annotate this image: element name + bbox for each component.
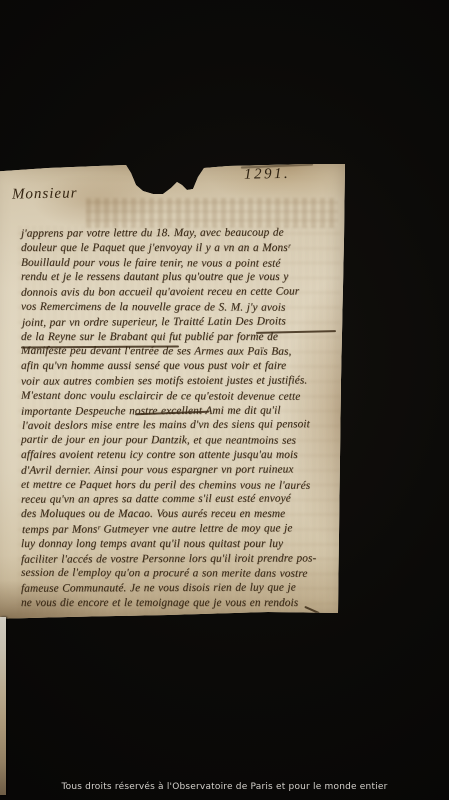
manuscript-line: donnois avis du bon accueil qu'avoient r… — [21, 284, 343, 300]
manuscript-line: vos Remercimens de la nouvelle grace de … — [21, 300, 343, 316]
manuscript-line: partir de jour en jour pour Dantzik, et … — [21, 433, 343, 449]
manuscript-line: affaires avoient retenu icy contre son a… — [21, 448, 343, 463]
manuscript-line: receu qu'vn an apres sa datte comme s'il… — [21, 492, 343, 508]
manuscript-line: douleur que le Paquet que j'envoyay il y… — [21, 241, 343, 256]
manuscript-line: des Moluques ou de Macao. Vous aurés rec… — [21, 507, 343, 522]
manuscript-line: fameuse Communauté. Je ne vous disois ri… — [21, 580, 343, 596]
ink-showthrough-smudge — [86, 198, 338, 228]
manuscript-line: l'avoit deslors mise entre les mains d'v… — [22, 417, 344, 434]
manuscript-line: d'Avril dernier. Ainsi pour vous espargn… — [21, 462, 343, 478]
manuscript-line: M'estant donc voulu esclaircir de ce qu'… — [21, 389, 343, 405]
scanned-letter-view: 1291. Monsieur j'apprens par votre lettr… — [0, 0, 449, 800]
manuscript-line: voir aux autres combien ses motifs estoi… — [21, 373, 343, 389]
manuscript-body: j'apprens par votre lettre du 18. May, a… — [21, 226, 343, 611]
manuscript-line: afin qu'vn homme aussi sensé que vous pu… — [21, 359, 343, 374]
manuscript-line: joint, par vn ordre superieur, le Traitt… — [22, 314, 344, 331]
manuscript-line: j'apprens par votre lettre du 18. May, a… — [21, 225, 343, 241]
adjacent-page-edge — [0, 617, 6, 795]
copyright-notice: Tous droits réservés à l'Observatoire de… — [0, 782, 449, 792]
letter-page: 1291. Monsieur j'apprens par votre lettr… — [0, 160, 346, 619]
salutation: Monsieur — [12, 185, 78, 203]
archive-number: 1291. — [244, 165, 324, 183]
manuscript-line: luy donnay long temps avant qu'il nous q… — [21, 537, 343, 552]
manuscript-line: Bouillauld pour vous le faire tenir, ne … — [21, 255, 343, 271]
manuscript-line: temps par Monsʳ Gutmeyer vne autre lettr… — [22, 521, 344, 538]
manuscript-line: rendu et je le ressens dautant plus qu'o… — [21, 270, 343, 285]
manuscript-line: ne vous die encore et le temoignage que … — [21, 596, 343, 611]
manuscript-line: faciliter l'accés de vostre Personne lor… — [21, 551, 343, 567]
